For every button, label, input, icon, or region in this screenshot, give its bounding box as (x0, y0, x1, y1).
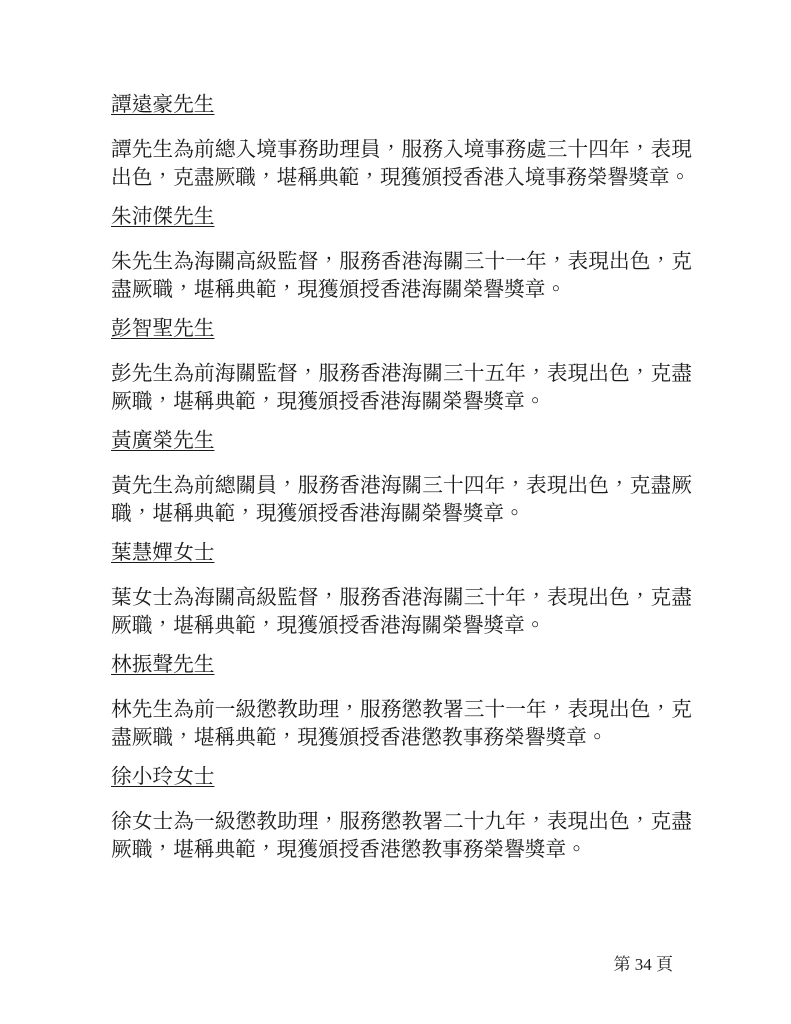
award-section: 林振聲先生 林先生為前一級懲教助理，服務懲教署三十一年，表現出色，克盡厥職，堪稱… (111, 651, 692, 752)
award-section: 彭智聖先生 彭先生為前海關監督，服務香港海關三十五年，表現出色，克盡厥職，堪稱典… (111, 315, 692, 416)
citation-paragraph: 彭先生為前海關監督，服務香港海關三十五年，表現出色，克盡厥職，堪稱典範，現獲頒授… (111, 360, 692, 416)
citation-paragraph: 朱先生為海關高級監督，服務香港海關三十一年，表現出色，克盡厥職，堪稱典範，現獲頒… (111, 248, 692, 304)
award-section: 黃廣榮先生 黃先生為前總關員，服務香港海關三十四年，表現出色，克盡厥職，堪稱典範… (111, 427, 692, 528)
award-section: 葉慧嬋女士 葉女士為海關高級監督，服務香港海關三十年，表現出色，克盡厥職，堪稱典… (111, 539, 692, 640)
recipient-name: 譚遠豪先生 (111, 91, 692, 119)
citation-paragraph: 譚先生為前總入境事務助理員，服務入境事務處三十四年，表現出色，克盡厥職，堪稱典範… (111, 136, 692, 192)
recipient-name: 彭智聖先生 (111, 315, 692, 343)
recipient-name: 黃廣榮先生 (111, 427, 692, 455)
citation-paragraph: 林先生為前一級懲教助理，服務懲教署三十一年，表現出色，克盡厥職，堪稱典範，現獲頒… (111, 696, 692, 752)
recipient-name: 徐小玲女士 (111, 763, 692, 791)
recipient-name: 朱沛傑先生 (111, 203, 692, 231)
award-section: 徐小玲女士 徐女士為一級懲教助理，服務懲教署二十九年，表現出色，克盡厥職，堪稱典… (111, 763, 692, 864)
document-page: 譚遠豪先生 譚先生為前總入境事務助理員，服務入境事務處三十四年，表現出色，克盡厥… (0, 0, 791, 1024)
citation-paragraph: 徐女士為一級懲教助理，服務懲教署二十九年，表現出色，克盡厥職，堪稱典範，現獲頒授… (111, 808, 692, 864)
award-section: 朱沛傑先生 朱先生為海關高級監督，服務香港海關三十一年，表現出色，克盡厥職，堪稱… (111, 203, 692, 304)
page-number: 第 34 頁 (614, 953, 674, 977)
citation-paragraph: 葉女士為海關高級監督，服務香港海關三十年，表現出色，克盡厥職，堪稱典範，現獲頒授… (111, 584, 692, 640)
recipient-name: 林振聲先生 (111, 651, 692, 679)
citation-paragraph: 黃先生為前總關員，服務香港海關三十四年，表現出色，克盡厥職，堪稱典範，現獲頒授香… (111, 472, 692, 528)
recipient-name: 葉慧嬋女士 (111, 539, 692, 567)
award-section: 譚遠豪先生 譚先生為前總入境事務助理員，服務入境事務處三十四年，表現出色，克盡厥… (111, 91, 692, 192)
sections: 譚遠豪先生 譚先生為前總入境事務助理員，服務入境事務處三十四年，表現出色，克盡厥… (111, 91, 692, 875)
